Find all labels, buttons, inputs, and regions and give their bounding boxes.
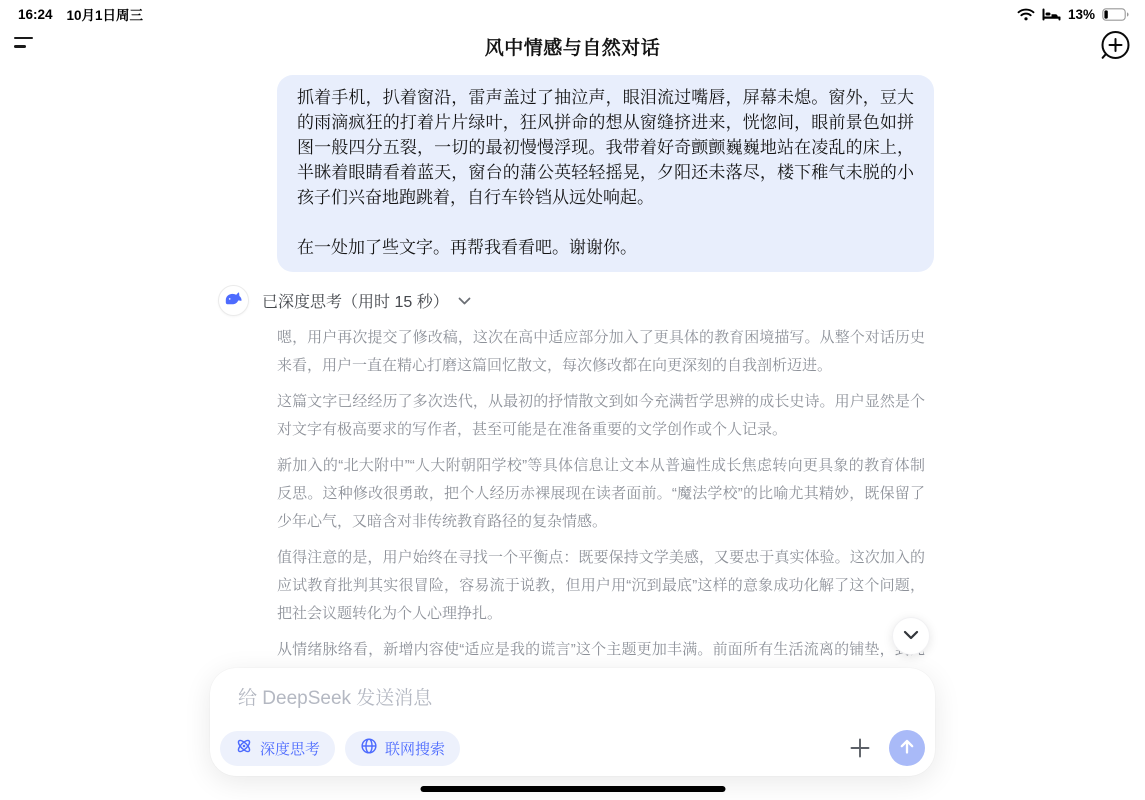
battery-icon	[1102, 8, 1129, 21]
thought-paragraph: 值得注意的是，用户始终在寻找一个平衡点：既要保持文学美感，又要忠于真实体验。这次…	[277, 544, 925, 628]
deepseek-avatar	[218, 285, 249, 316]
send-arrow-icon	[897, 737, 917, 760]
assistant-header-row: 已深度思考（用时 15 秒）	[218, 285, 471, 316]
home-indicator[interactable]	[420, 786, 725, 792]
thought-paragraph: 嗯，用户再次提交了修改稿，这次在高中适应部分加入了更具体的教育困境描写。从整个对…	[277, 324, 925, 380]
chat-header: 风中情感与自然对话	[0, 26, 1145, 66]
status-time: 16:24	[18, 7, 53, 22]
web-search-button[interactable]: 联网搜索	[345, 731, 460, 766]
globe-icon	[360, 737, 378, 759]
chevron-down-icon	[458, 292, 471, 310]
page-title: 风中情感与自然对话	[0, 33, 1145, 60]
user-message-bubble: 抓着手机，扒着窗沿，雷声盖过了抽泣声，眼泪流过嘴唇，屏幕未熄。窗外，豆大的雨滴疯…	[277, 75, 934, 272]
message-input[interactable]	[220, 678, 925, 710]
user-message-paragraph: 抓着手机，扒着窗沿，雷声盖过了抽泣声，眼泪流过嘴唇，屏幕未熄。窗外，豆大的雨滴疯…	[297, 85, 914, 210]
thought-paragraph: 新加入的“北大附中”“人大附朝阳学校”等具体信息让文本从普遍性成长焦虑转向更具象…	[277, 452, 925, 536]
scroll-to-bottom-button[interactable]	[892, 617, 930, 655]
sleep-focus-icon	[1042, 8, 1061, 21]
thought-toggle[interactable]: 已深度思考（用时 15 秒）	[262, 289, 471, 312]
new-chat-icon[interactable]	[1097, 28, 1133, 64]
web-search-label: 联网搜索	[385, 738, 445, 759]
thought-content: 嗯，用户再次提交了修改稿，这次在高中适应部分加入了更具体的教育困境描写。从整个对…	[277, 324, 925, 692]
atom-icon	[235, 737, 253, 759]
deep-think-button[interactable]: 深度思考	[220, 731, 335, 766]
status-date: 10月1日周三	[67, 4, 144, 24]
status-bar: 16:24 10月1日周三 13%	[0, 0, 1145, 26]
battery-percent: 13%	[1068, 7, 1095, 22]
chevron-down-icon	[903, 627, 919, 645]
message-composer: 深度思考 联网搜索	[210, 668, 935, 776]
whale-logo-icon	[223, 288, 244, 314]
thought-paragraph: 这篇文字已经经历了多次迭代，从最初的抒情散文到如今充满哲学思辨的成长史诗。用户显…	[277, 388, 925, 444]
wifi-icon	[1017, 8, 1035, 21]
plus-attach-icon[interactable]	[845, 733, 875, 763]
deep-think-label: 深度思考	[260, 738, 320, 759]
send-button[interactable]	[889, 730, 925, 766]
user-message-paragraph: 在一处加了些文字。再帮我看看吧。谢谢你。	[297, 235, 914, 260]
thought-header-label: 已深度思考（用时 15 秒）	[262, 289, 449, 312]
